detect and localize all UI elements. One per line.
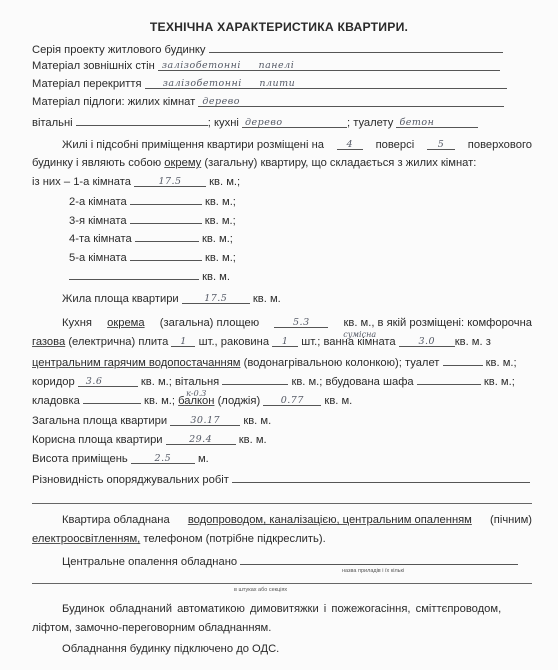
height-field[interactable]: 2.5 xyxy=(131,452,195,464)
total-area-label: Загальна площа квартири xyxy=(32,415,167,427)
sink-count-field[interactable]: 1 xyxy=(272,335,298,347)
floor-toilet-label: ; туалету xyxy=(347,117,393,129)
kitchen-row: Кухня окрема (загальна) площею 5.3 кв. м… xyxy=(62,316,532,330)
useful-area-field[interactable]: 29.4 xyxy=(166,433,236,445)
apartment-type-separate: окрему xyxy=(164,157,201,169)
total-area-row: Загальна площа квартири 30.17 кв. м. xyxy=(32,414,271,428)
water-row: центральним гарячим водопостачанням (вод… xyxy=(32,354,517,370)
walls-field[interactable]: залізобетонні панелі xyxy=(158,59,500,71)
stove-label: (електрична) плита xyxy=(68,336,168,348)
balcony-note: к-0.3 xyxy=(186,387,206,401)
floor-other-row: вітальні ; кухні дерево; туалету бетон xyxy=(32,114,478,130)
heating-caption-2: в штуках або секціях xyxy=(234,587,287,593)
heating-field[interactable] xyxy=(240,553,518,565)
building-equipment-text: Будинок обладнаний автоматикою димовитяж… xyxy=(62,602,501,616)
rooms-prefix: із них – xyxy=(32,176,70,188)
living-room-label: кв. м.; вітальня xyxy=(141,376,219,388)
floor-rooms-label: Матеріал підлоги: жилих кімнат xyxy=(32,96,195,108)
living-area-label: Жила площа квартири xyxy=(62,293,179,305)
floors-word: поверхового xyxy=(468,138,532,152)
location-row-2: будинку і являють собою окрему (загальну… xyxy=(32,156,476,170)
living-room-area-field[interactable] xyxy=(222,373,288,385)
room-row-2: 2-а кімната кв. м.; xyxy=(69,193,236,209)
finishing-label: Різновидність опоряджувальних робіт xyxy=(32,474,229,486)
unit: кв. м. xyxy=(324,395,352,407)
corridor-row: коридор 3.6 кв. м.; вітальня кв. м.; вбу… xyxy=(32,373,515,389)
ods-text: Обладнання будинку підключено до ОДС. xyxy=(62,643,279,655)
floor-toilet-field[interactable]: бетон xyxy=(396,116,478,128)
useful-area-label: Корисна площа квартири xyxy=(32,434,163,446)
wardrobe-area-field[interactable] xyxy=(417,373,481,385)
bath-note: сумісна xyxy=(343,328,376,342)
stove-row: газова (електрична) плита 1 шт., раковин… xyxy=(32,335,532,349)
equipment-stove-option: (пічним) xyxy=(490,513,532,527)
building-row-1: Будинок обладнаний автоматикою димовитяж… xyxy=(62,602,532,616)
corridor-label: коридор xyxy=(32,376,75,388)
room-row-1: із них – 1-а кімната 17.5 кв. м.; xyxy=(32,175,240,189)
room-area-field[interactable]: 17.5 xyxy=(134,175,206,187)
room-label: 4-та кімната xyxy=(69,233,132,245)
ods-row: Обладнання будинку підключено до ОДС. xyxy=(62,642,279,656)
room-label: 1-а кімната xyxy=(73,176,131,188)
unit: кв. м.; xyxy=(202,233,233,245)
living-area-field[interactable]: 17.5 xyxy=(182,292,250,304)
wardrobe-label: кв. м.; вбудована шафа xyxy=(291,376,413,388)
equipment-row-1: Квартира обладнана водопроводом, каналіз… xyxy=(62,513,532,527)
storage-label: кладовка xyxy=(32,395,80,407)
storage-area-field[interactable] xyxy=(83,392,141,404)
unit: кв. м.; xyxy=(205,252,236,264)
kitchen-area-field[interactable]: 5.3 xyxy=(274,316,328,328)
floor-word: поверсі xyxy=(376,138,415,152)
equipment-electric-selected: електроосвітленням, xyxy=(32,533,140,545)
water-central-hot: центральним гарячим водопостачанням xyxy=(32,357,240,369)
stove-count-field[interactable]: 1 xyxy=(171,335,195,347)
corridor-area-field[interactable]: 3.6 xyxy=(78,375,138,387)
toilet-area-field[interactable] xyxy=(443,354,483,366)
unit: кв. м.; xyxy=(144,395,175,407)
bath-area-field[interactable]: 3.0 xyxy=(399,335,455,347)
unit: кв. м. xyxy=(202,271,230,283)
unit: кв. м.; xyxy=(209,176,240,188)
stove-type-gas: газова xyxy=(32,336,65,348)
location-text: Жилі і підсобні приміщення квартири розм… xyxy=(62,138,324,152)
series-field[interactable] xyxy=(209,41,503,53)
building-row-2: ліфтом, замочно-переговорним обладнанням… xyxy=(32,621,271,635)
room-label: 2-а кімната xyxy=(69,196,127,208)
kitchen-label: Кухня xyxy=(62,316,92,330)
room-row-4: 4-та кімната кв. м.; xyxy=(69,230,233,246)
total-floors-field[interactable]: 5 xyxy=(427,138,455,150)
kitchen-text: (загальна) площею xyxy=(160,316,259,330)
floor-living-label: вітальні xyxy=(32,117,73,129)
unit: кв. м.; xyxy=(205,215,236,227)
balcony-wrap: балконк-0.3 xyxy=(178,395,214,407)
unit: кв. м.; xyxy=(205,196,236,208)
room-area-field[interactable] xyxy=(130,193,202,205)
room-row-5: 5-а кімната кв. м.; xyxy=(69,249,236,265)
unit: м. xyxy=(198,453,209,465)
room-row-6: кв. м. xyxy=(69,268,230,284)
room-label: 5-а кімната xyxy=(69,252,127,264)
unit: кв. м. xyxy=(239,434,267,446)
floor-kitchen-field[interactable]: дерево xyxy=(242,116,347,128)
equipment-label: Квартира обладнана xyxy=(62,513,170,527)
floor-kitchen-label: ; кухні xyxy=(208,117,239,129)
kitchen-type-separate: окрема xyxy=(107,316,144,330)
heating-field-continuation[interactable] xyxy=(32,583,532,584)
equipment-selected: водопроводом, каналізацією, центральним … xyxy=(188,513,472,527)
finishing-field-continuation[interactable] xyxy=(32,503,532,504)
room-area-field[interactable] xyxy=(135,230,199,242)
technical-characteristics-form: ТЕХНІЧНА ХАРАКТЕРИСТИКА КВАРТИРИ. Серія … xyxy=(0,0,558,670)
bath-label-wrap: шт.; ванна кімнатасумісна xyxy=(301,336,395,348)
location-text-2: будинку і являють собою xyxy=(32,157,161,169)
height-label: Висота приміщень xyxy=(32,453,128,465)
total-area-field[interactable]: 30.17 xyxy=(170,414,240,426)
room-area-field[interactable] xyxy=(130,212,202,224)
heating-row: Центральне опалення обладнано xyxy=(62,553,518,569)
unit: кв. м.; xyxy=(486,357,517,369)
useful-area-row: Корисна площа квартири 29.4 кв. м. xyxy=(32,433,267,447)
sink-label: шт., раковина xyxy=(199,336,269,348)
location-text-3: (загальну) квартиру, що складається з жи… xyxy=(204,157,476,169)
unit: кв. м. з xyxy=(455,336,491,348)
floor-living-field[interactable] xyxy=(76,114,208,126)
water-text: (водонагрівальною колонкою); туалет xyxy=(244,357,440,369)
floor-number-field[interactable]: 4 xyxy=(337,138,363,150)
heating-label: Центральне опалення обладнано xyxy=(62,556,237,568)
balcony-area-field[interactable]: 0.77 xyxy=(263,394,321,406)
heating-caption-1: назва приладів і їх кількі xyxy=(342,568,404,574)
room-area-field[interactable] xyxy=(130,249,202,261)
floor-rooms-row: Матеріал підлоги: жилих кімнат дерево xyxy=(32,95,504,109)
room-row-3: 3-я кімната кв. м.; xyxy=(69,212,236,228)
unit: кв. м. xyxy=(253,293,281,305)
room-extra-field[interactable] xyxy=(69,268,199,280)
storage-row: кладовка кв. м.; балконк-0.3 (лоджія) 0.… xyxy=(32,392,352,408)
page-title: ТЕХНІЧНА ХАРАКТЕРИСТИКА КВАРТИРИ. xyxy=(0,20,558,34)
ceiling-field[interactable]: залізобетонні плити xyxy=(145,77,507,89)
room-label: 3-я кімната xyxy=(69,215,127,227)
equipment-row-2: електроосвітленням, телефоном (потрібне … xyxy=(32,532,326,546)
location-row-1: Жилі і підсобні приміщення квартири розм… xyxy=(62,138,532,152)
finishing-field[interactable] xyxy=(232,471,530,483)
ceiling-label: Матеріал перекриття xyxy=(32,78,142,90)
series-row: Серія проекту житлового будинку xyxy=(32,41,503,57)
walls-label: Матеріал зовнішніх стін xyxy=(32,60,155,72)
ceiling-row: Матеріал перекриття залізобетонні плити xyxy=(32,77,507,91)
finishing-row: Різновидність опоряджувальних робіт xyxy=(32,471,530,487)
height-row: Висота приміщень 2.5 м. xyxy=(32,452,209,466)
loggia-label: (лоджія) xyxy=(218,395,261,407)
living-area-row: Жила площа квартири 17.5 кв. м. xyxy=(62,292,281,306)
floor-rooms-field[interactable]: дерево xyxy=(198,95,504,107)
walls-row: Матеріал зовнішніх стін залізобетонні па… xyxy=(32,59,500,73)
series-label: Серія проекту житлового будинку xyxy=(32,44,206,56)
unit: кв. м.; xyxy=(484,376,515,388)
building-equipment-text-2: ліфтом, замочно-переговорним обладнанням… xyxy=(32,622,271,634)
unit: кв. м. xyxy=(243,415,271,427)
equipment-text: телефоном (потрібне підкреслить). xyxy=(143,533,325,545)
